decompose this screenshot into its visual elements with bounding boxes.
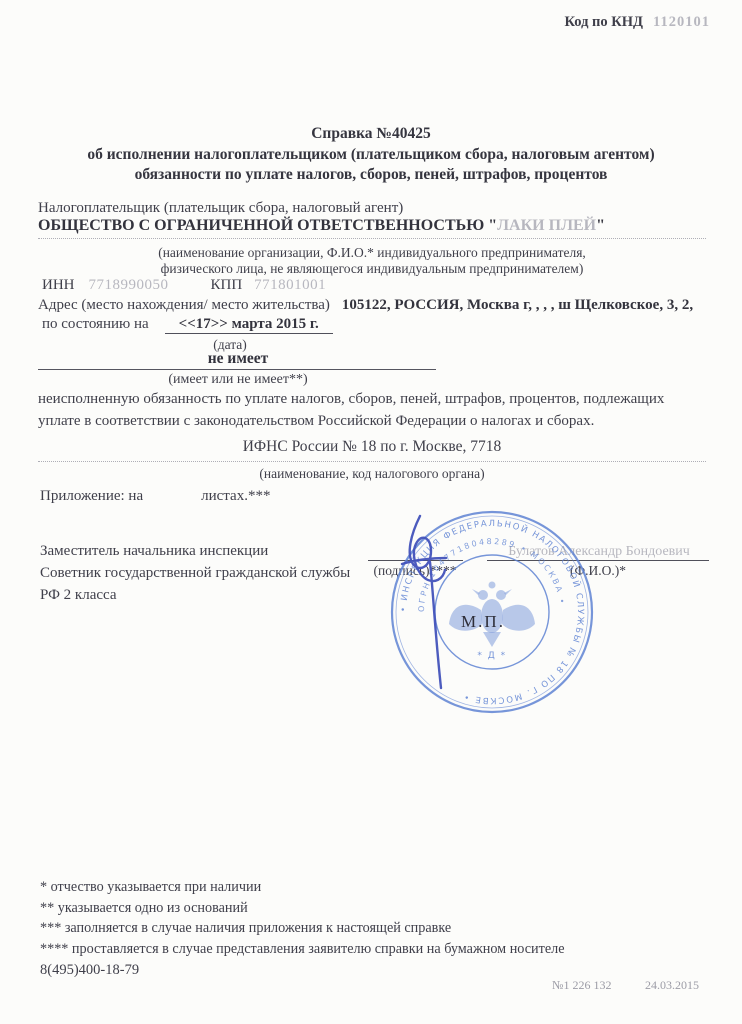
footnote-3: *** заполняется в случае наличия приложе…	[40, 918, 565, 939]
result-value: не имеет	[38, 350, 438, 368]
as-of-date-value: <<17>> марта 2015 г.	[165, 316, 333, 334]
attachment-row: Приложение: налистах.***	[40, 488, 270, 505]
result-caption: (имеет или не имеет**)	[38, 372, 438, 388]
kpp-value: 771801001	[254, 277, 326, 293]
title-line-1: Справка №40425	[0, 124, 742, 145]
stamp-center-mark: * Д *	[477, 651, 506, 661]
address-value: 105122, РОССИЯ, Москва г, , , , ш Щелков…	[342, 297, 693, 313]
footer-doc-number: №1 226 132	[552, 978, 611, 993]
taxpayer-name-suffix: "	[596, 217, 605, 234]
tax-certificate-page: Код по КНД1120101 Справка №40425 об испо…	[0, 0, 742, 1024]
footnote-1: * отчество указывается при наличии	[40, 877, 565, 898]
inn-value: 7718990050	[89, 277, 169, 293]
footnote-2: ** указывается одно из оснований	[40, 898, 565, 919]
attachment-prefix: Приложение: на	[40, 488, 143, 504]
authority-dotted-line	[38, 461, 706, 462]
taxpayer-name-prefix: ОБЩЕСТВО С ОГРАНИЧЕННОЙ ОТВЕТСТВЕННОСТЬЮ…	[38, 217, 497, 234]
inn-label: ИНН	[42, 277, 75, 293]
taxpayer-caption-1: (наименование организации, Ф.И.О.* индив…	[38, 245, 706, 261]
inn-kpp-row: ИНН7718990050КПП771801001	[42, 277, 326, 294]
kpp-label: КПП	[211, 277, 243, 293]
official-position-line-3: РФ 2 класса	[40, 587, 117, 604]
taxpayer-name-line: ОБЩЕСТВО С ОГРАНИЧЕННОЙ ОТВЕТСТВЕННОСТЬЮ…	[38, 217, 706, 239]
taxpayer-caption-2: физического лица, не являющегося индивид…	[38, 261, 706, 277]
knd-value: 1120101	[653, 14, 710, 30]
statutory-paragraph: неисполненную обязанность по уплате нало…	[38, 389, 710, 432]
official-position-line-2: Советник государственной гражданской слу…	[40, 565, 350, 582]
authority-caption: (наименование, код налогового органа)	[38, 466, 706, 482]
taxpayer-label: Налогоплательщик (плательщик сбора, нало…	[38, 200, 403, 217]
footnote-4: **** проставляется в случае представлени…	[40, 939, 565, 960]
address-label: Адрес (место нахождения/ место жительств…	[38, 297, 330, 313]
title-line-3: обязанности по уплате налогов, сборов, п…	[0, 165, 742, 186]
as-of-row: по состоянию на<<17>> марта 2015 г.	[42, 316, 333, 333]
stamp-place-label: М.П.	[452, 612, 514, 632]
title-line-2: об исполнении налогоплательщиком (плател…	[0, 145, 742, 166]
authority-name: ИФНС России № 18 по г. Москве, 7718	[38, 438, 706, 456]
official-position-line-1: Заместитель начальника инспекции	[40, 543, 268, 560]
footer-doc-date: 24.03.2015	[645, 978, 699, 993]
knd-code-row: Код по КНД1120101	[564, 14, 710, 31]
attachment-suffix: листах.***	[201, 488, 270, 504]
knd-label: Код по КНД	[564, 14, 643, 30]
footnotes-block: * отчество указывается при наличии ** ук…	[40, 877, 565, 959]
footer-phone: 8(495)400-18-79	[40, 962, 139, 979]
document-title: Справка №40425 об исполнении налогоплате…	[0, 124, 742, 186]
result-underline	[38, 369, 436, 370]
taxpayer-name-faded: ЛАКИ ПЛЕЙ	[497, 217, 596, 234]
address-row: Адрес (место нахождения/ место жительств…	[38, 297, 693, 314]
as-of-label: по состоянию на	[42, 316, 149, 332]
